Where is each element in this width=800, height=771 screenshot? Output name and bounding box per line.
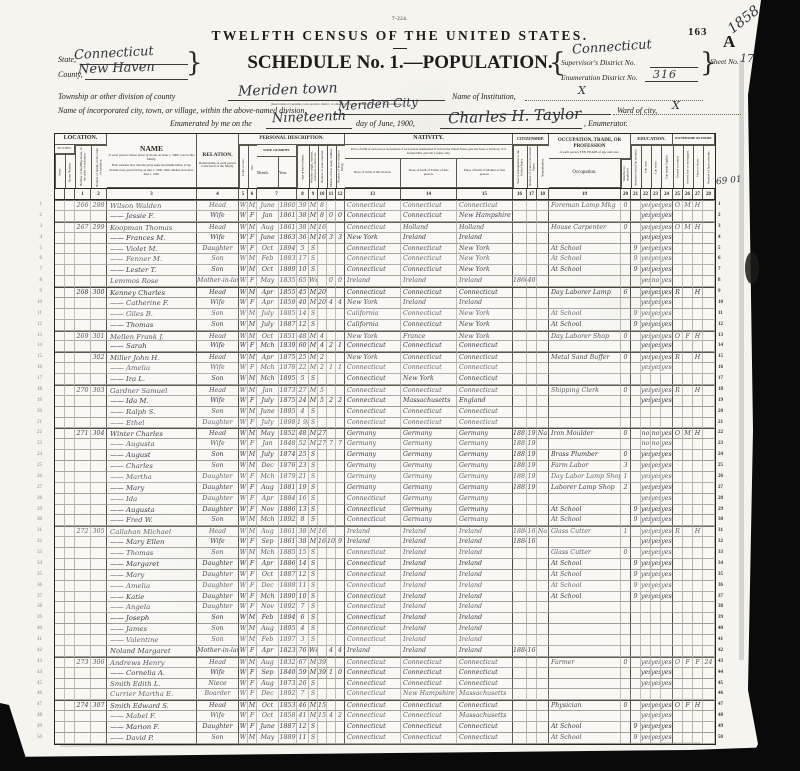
cell-years_in_us <box>527 374 537 385</box>
cell-dwelling <box>75 570 91 581</box>
cell-age: 24 <box>297 396 309 407</box>
cell-age: 60 <box>297 341 309 352</box>
cell-children_living <box>336 722 345 733</box>
cell-home_owned <box>673 341 683 352</box>
cell-sex: F <box>248 418 257 429</box>
cell-months_unemployed <box>621 374 631 385</box>
cell-immigration_year <box>513 363 527 374</box>
cell-family <box>91 494 107 505</box>
cell-occupation: At School <box>549 320 621 331</box>
cell-school_months <box>631 548 641 559</box>
cell-speaks_english: yes <box>661 244 673 255</box>
cell-birth_month: Sep <box>257 668 279 679</box>
cell-can_write: yes <box>651 472 661 483</box>
cell-school_months <box>631 537 641 548</box>
cell-street <box>55 418 65 429</box>
line-number: 13 <box>718 331 736 342</box>
cell-occupation <box>549 537 621 548</box>
cell-yrs_married: 16 <box>318 233 327 244</box>
cell-color: W <box>239 352 248 363</box>
cell-home_owned <box>673 450 683 461</box>
cell-children_living <box>336 428 345 439</box>
cell-immigration_year <box>513 689 527 700</box>
cell-sex: F <box>248 602 257 613</box>
cell-house <box>65 613 75 624</box>
cell-name: Winter Charles <box>107 428 197 439</box>
cell-family <box>91 570 107 581</box>
cell-sex: M <box>248 385 257 396</box>
cell-months_unemployed: 0 <box>621 385 631 396</box>
cell-street <box>55 548 65 559</box>
cell-sex: F <box>248 646 257 657</box>
cell-birth_year: 1861 <box>279 537 297 548</box>
cell-birth_year: 1873 <box>279 679 297 690</box>
cell-marital: S <box>309 265 318 276</box>
cell-school_months <box>631 635 641 646</box>
line-number: 1 <box>24 200 42 211</box>
cell-sex: M <box>248 407 257 418</box>
cell-can_write: no <box>651 276 661 287</box>
line-number: 2 <box>718 211 736 222</box>
cell-naturalization <box>537 254 549 265</box>
cell-mother_of: 0 <box>327 211 336 222</box>
cell-family: 306 <box>91 657 107 668</box>
cell-birthplace: Germany <box>345 428 401 439</box>
line-number: 33 <box>24 548 42 559</box>
cell-house <box>65 233 75 244</box>
col-months-unemployed: Months not employed. <box>621 159 631 188</box>
census-table: LOCATION. NAME of each person whose plac… <box>54 133 716 745</box>
cell-farm_house <box>693 439 703 450</box>
cell-free_mortgaged <box>683 450 693 461</box>
cell-relation: Boarder <box>197 689 239 700</box>
cell-yrs_married <box>318 570 327 581</box>
cell-birth_year: 1835 <box>279 276 297 287</box>
cell-speaks_english: yes <box>661 222 673 233</box>
cell-sex: M <box>248 254 257 265</box>
cell-can_write: yes <box>651 254 661 265</box>
cell-father_birthplace: Connecticut <box>401 320 457 331</box>
cell-yrs_married <box>318 689 327 700</box>
cell-immigration_year <box>513 722 527 733</box>
cell-farm_house <box>693 483 703 494</box>
cell-home_owned <box>673 254 683 265</box>
line-number: 30 <box>718 515 736 526</box>
cell-father_birthplace: Connecticut <box>401 418 457 429</box>
cell-yrs_married: 4 <box>318 331 327 342</box>
cell-yrs_married: 2 <box>318 363 327 374</box>
cell-home_owned <box>673 613 683 624</box>
cell-farm_schedule <box>703 483 715 494</box>
line-number: 28 <box>718 494 736 505</box>
cell-can_read: yes <box>641 570 651 581</box>
cell-school_months <box>631 602 641 613</box>
cell-street <box>55 711 65 722</box>
cell-color: W <box>239 233 248 244</box>
cell-birthplace: Connecticut <box>345 711 401 722</box>
cell-farm_schedule <box>703 613 715 624</box>
cell-dwelling <box>75 646 91 657</box>
cell-years_in_us <box>527 407 537 418</box>
cell-naturalization <box>537 592 549 603</box>
col-free-mortgaged: Owned free or mortgaged. <box>683 145 693 188</box>
cell-relation: Head <box>197 657 239 668</box>
cell-father_birthplace: Ireland <box>401 613 457 624</box>
cell-months_unemployed <box>621 559 631 570</box>
cell-can_write: yes <box>651 515 661 526</box>
cell-children_living <box>336 570 345 581</box>
cell-birth_month: Mch <box>257 374 279 385</box>
cell-farm_schedule <box>703 711 715 722</box>
cell-color: W <box>239 374 248 385</box>
cell-can_read: yes <box>641 341 651 352</box>
cell-free_mortgaged <box>683 320 693 331</box>
cell-birth_month: Apr <box>257 646 279 657</box>
cell-occupation <box>549 646 621 657</box>
cell-school_months <box>631 298 641 309</box>
cell-free_mortgaged <box>683 624 693 635</box>
cell-naturalization <box>537 581 549 592</box>
cell-relation: Wife <box>197 298 239 309</box>
cell-relation: Head <box>197 428 239 439</box>
cell-relation: Head <box>197 200 239 211</box>
cell-months_unemployed <box>621 624 631 635</box>
cell-naturalization <box>537 537 549 548</box>
cell-marital: S <box>309 602 318 613</box>
cell-name: —— Mary <box>107 570 197 581</box>
cell-father_birthplace: Germany <box>401 461 457 472</box>
cell-family <box>91 374 107 385</box>
cell-months_unemployed <box>621 439 631 450</box>
cell-name: —— Ira L. <box>107 374 197 385</box>
county-line <box>85 79 188 80</box>
line-number: 24 <box>24 450 42 461</box>
line-number: 20 <box>718 407 736 418</box>
cell-father_birthplace: Connecticut <box>401 407 457 418</box>
cell-speaks_english: yes <box>661 363 673 374</box>
cell-birth_year: 1875 <box>279 396 297 407</box>
cell-marital: S <box>309 309 318 320</box>
cell-immigration_year <box>513 494 527 505</box>
cell-occupation <box>549 624 621 635</box>
cell-birth_year: 1885 <box>279 548 297 559</box>
cell-birth_year: 1873 <box>279 385 297 396</box>
cell-yrs_married <box>318 494 327 505</box>
cell-home_owned: O <box>673 200 683 211</box>
enumerated-day-line <box>266 128 352 129</box>
cell-immigration_year: 1884 <box>513 537 527 548</box>
cell-name: —— Violet M. <box>107 244 197 255</box>
right-line-numbers: 1234567891011121314151617181920212223242… <box>718 200 736 744</box>
cell-yrs_married: 39 <box>318 657 327 668</box>
cell-father_birthplace: Connecticut <box>401 352 457 363</box>
cell-farm_schedule <box>703 733 715 744</box>
cell-sex: M <box>248 352 257 363</box>
cell-sex: F <box>248 679 257 690</box>
cell-birthplace: Connecticut <box>345 200 401 211</box>
cell-street <box>55 646 65 657</box>
township-label: Township or other division of county <box>58 92 175 101</box>
cell-marital: M <box>309 439 318 450</box>
line-number: 32 <box>24 537 42 548</box>
cell-months_unemployed: 0 <box>621 657 631 668</box>
cell-mother_birthplace: Connecticut <box>457 200 513 211</box>
cell-can_read: yes <box>641 657 651 668</box>
column-number: 23 <box>651 189 661 199</box>
cell-can_read: yes <box>641 461 651 472</box>
cell-birthplace: Connecticut <box>345 287 401 298</box>
cell-age: 38 <box>297 222 309 233</box>
cell-occupation: Foreman Lamp Mkg <box>549 200 621 211</box>
cell-children_living: 1 <box>336 341 345 352</box>
cell-home_owned <box>673 689 683 700</box>
cell-father_birthplace: Germany <box>401 505 457 516</box>
cell-marital: S <box>309 733 318 744</box>
cell-can_write: yes <box>651 222 661 233</box>
cell-home_owned <box>673 407 683 418</box>
cell-home_owned: R <box>673 385 683 396</box>
cell-naturalization <box>537 374 549 385</box>
line-number: 2 <box>24 211 42 222</box>
cell-birth_year: 1874 <box>279 450 297 461</box>
cell-birthplace: Connecticut <box>345 494 401 505</box>
cell-free_mortgaged <box>683 244 693 255</box>
line-number: 20 <box>24 407 42 418</box>
cell-birth_year: 1892 <box>279 515 297 526</box>
cell-months_unemployed <box>621 233 631 244</box>
cell-can_read: yes <box>641 298 651 309</box>
cell-age: 25 <box>297 352 309 363</box>
cell-street <box>55 505 65 516</box>
cell-mother_of <box>327 624 336 635</box>
cell-mother_birthplace: New Hampshire <box>457 211 513 222</box>
cell-dwelling <box>75 407 91 418</box>
cell-occupation <box>549 439 621 450</box>
cell-age: 10 <box>297 265 309 276</box>
cell-free_mortgaged: M <box>683 200 693 211</box>
cell-free_mortgaged: M <box>683 222 693 233</box>
column-number: 21 <box>631 189 641 199</box>
col-naturalization: Naturalization. <box>537 145 549 188</box>
column-number: 11 <box>327 189 336 199</box>
nativity-desc: Place of birth of each person and parent… <box>345 145 513 159</box>
line-number: 14 <box>718 341 736 352</box>
cell-age: 10 <box>297 592 309 603</box>
cell-name: —— Valentine <box>107 635 197 646</box>
cell-color: W <box>239 407 248 418</box>
cell-mother_of <box>327 494 336 505</box>
cell-father_birthplace: Connecticut <box>401 211 457 222</box>
line-number: 25 <box>24 461 42 472</box>
cell-farm_schedule <box>703 222 715 233</box>
cell-can_write: yes <box>651 320 661 331</box>
cell-naturalization <box>537 472 549 483</box>
cell-name: Mellen Frank J. <box>107 331 197 342</box>
cell-occupation: Metal Sand Buffer <box>549 352 621 363</box>
cell-age: 14 <box>297 309 309 320</box>
cell-mother_of <box>327 679 336 690</box>
cell-children_living <box>336 265 345 276</box>
cell-school_months: 9 <box>631 722 641 733</box>
cell-yrs_married: 20 <box>318 287 327 298</box>
cell-children_living: 2 <box>336 396 345 407</box>
cell-occupation <box>549 396 621 407</box>
cell-family: 303 <box>91 385 107 396</box>
cell-birthplace: Connecticut <box>345 211 401 222</box>
cell-relation: Wife <box>197 537 239 548</box>
cell-age: 41 <box>297 711 309 722</box>
cell-color: W <box>239 483 248 494</box>
cell-birth_month: Feb <box>257 254 279 265</box>
cell-naturalization <box>537 450 549 461</box>
cell-school_months: 9 <box>631 570 641 581</box>
cell-months_unemployed <box>621 602 631 613</box>
cell-occupation <box>549 407 621 418</box>
cell-home_owned <box>673 646 683 657</box>
cell-age: 48 <box>297 331 309 342</box>
cell-birthplace: Connecticut <box>345 363 401 374</box>
cell-mother_of: 3 <box>327 233 336 244</box>
column-number: 9 <box>309 189 318 199</box>
cell-speaks_english: yes <box>661 700 673 711</box>
cell-mother_of <box>327 526 336 537</box>
cell-can_write: yes <box>651 298 661 309</box>
cell-age: 7 <box>297 689 309 700</box>
cell-dwelling <box>75 472 91 483</box>
cell-mother_birthplace: Ireland <box>457 548 513 559</box>
cell-children_living <box>336 733 345 744</box>
cell-marital: M <box>309 200 318 211</box>
line-number: 21 <box>718 418 736 429</box>
cell-dwelling <box>75 559 91 570</box>
cell-color: W <box>239 287 248 298</box>
cell-house <box>65 287 75 298</box>
cell-home_owned <box>673 309 683 320</box>
cell-occupation <box>549 679 621 690</box>
cell-name: Smith Edward S. <box>107 700 197 711</box>
cell-immigration_year <box>513 396 527 407</box>
cell-can_read: yes <box>641 668 651 679</box>
line-number: 6 <box>718 254 736 265</box>
cell-years_in_us <box>527 624 537 635</box>
cell-free_mortgaged: M <box>683 428 693 439</box>
cell-dwelling <box>75 722 91 733</box>
cell-name: —— Amelia <box>107 581 197 592</box>
cell-home_owned: O <box>673 222 683 233</box>
cell-free_mortgaged <box>683 515 693 526</box>
cell-relation: Son <box>197 733 239 744</box>
cell-dwelling: 273 <box>75 657 91 668</box>
cell-relation: Mother-in-law <box>197 646 239 657</box>
cell-marital: M <box>309 428 318 439</box>
cell-house <box>65 352 75 363</box>
column-number <box>55 189 65 199</box>
cell-children_living <box>336 679 345 690</box>
cell-occupation <box>549 233 621 244</box>
cell-birthplace: Connecticut <box>345 385 401 396</box>
cell-months_unemployed <box>621 722 631 733</box>
line-number: 47 <box>718 700 736 711</box>
cell-name: —— Cornelia A. <box>107 668 197 679</box>
cell-free_mortgaged <box>683 265 693 276</box>
cell-yrs_married <box>318 559 327 570</box>
cell-home_owned <box>673 537 683 548</box>
cell-months_unemployed <box>621 592 631 603</box>
cell-can_write: yes <box>651 331 661 342</box>
cell-relation: Head <box>197 331 239 342</box>
cell-farm_schedule <box>703 700 715 711</box>
cell-farm_house <box>693 624 703 635</box>
cell-naturalization <box>537 515 549 526</box>
cell-family <box>91 592 107 603</box>
cell-free_mortgaged <box>683 363 693 374</box>
cell-father_birthplace: France <box>401 331 457 342</box>
cell-mother_of <box>327 450 336 461</box>
cell-house <box>65 331 75 342</box>
cell-sex: F <box>248 668 257 679</box>
cell-dwelling <box>75 494 91 505</box>
cell-father_birthplace: Connecticut <box>401 733 457 744</box>
line-number: 46 <box>718 689 736 700</box>
cell-farm_house <box>693 592 703 603</box>
name-desc-3: Include every person living on June 1, 1… <box>108 169 195 176</box>
cell-house <box>65 570 75 581</box>
line-number: 31 <box>718 526 736 537</box>
cell-marital: M <box>309 298 318 309</box>
cell-family <box>91 483 107 494</box>
cell-age: 23 <box>297 461 309 472</box>
cell-father_birthplace: Ireland <box>401 581 457 592</box>
cell-color: W <box>239 700 248 711</box>
cell-free_mortgaged <box>683 309 693 320</box>
cell-farm_house <box>693 689 703 700</box>
cell-farm_schedule <box>703 374 715 385</box>
cell-relation: Son <box>197 635 239 646</box>
cell-birth_year: 1853 <box>279 700 297 711</box>
line-number: 24 <box>718 450 736 461</box>
cell-marital: S <box>309 679 318 690</box>
cell-occupation <box>549 298 621 309</box>
cell-home_owned <box>673 635 683 646</box>
cell-farm_house <box>693 679 703 690</box>
cell-mother_of: 4 <box>327 711 336 722</box>
cell-farm_schedule <box>703 624 715 635</box>
cell-years_in_us <box>527 222 537 233</box>
cell-name: —— Joseph <box>107 613 197 624</box>
column-number: 3 <box>107 189 197 199</box>
cell-birthplace: Connecticut <box>345 341 401 352</box>
cell-school_months <box>631 200 641 211</box>
cell-mother_birthplace: Connecticut <box>457 385 513 396</box>
cell-color: W <box>239 450 248 461</box>
cell-street <box>55 222 65 233</box>
cell-farm_house <box>693 515 703 526</box>
cell-name: —— David P. <box>107 733 197 744</box>
cell-sex: M <box>248 320 257 331</box>
cell-naturalization <box>537 298 549 309</box>
cell-children_living <box>336 200 345 211</box>
cell-farm_schedule <box>703 287 715 298</box>
cell-birth_year: 1886 <box>279 505 297 516</box>
cell-immigration_year <box>513 515 527 526</box>
cell-can_write: yes <box>651 233 661 244</box>
line-number: 38 <box>718 602 736 613</box>
cell-name: —— Frances M. <box>107 233 197 244</box>
cell-sex: M <box>248 222 257 233</box>
cell-children_living <box>336 700 345 711</box>
cell-occupation: Farm Labor <box>549 461 621 472</box>
cell-dwelling <box>75 483 91 494</box>
